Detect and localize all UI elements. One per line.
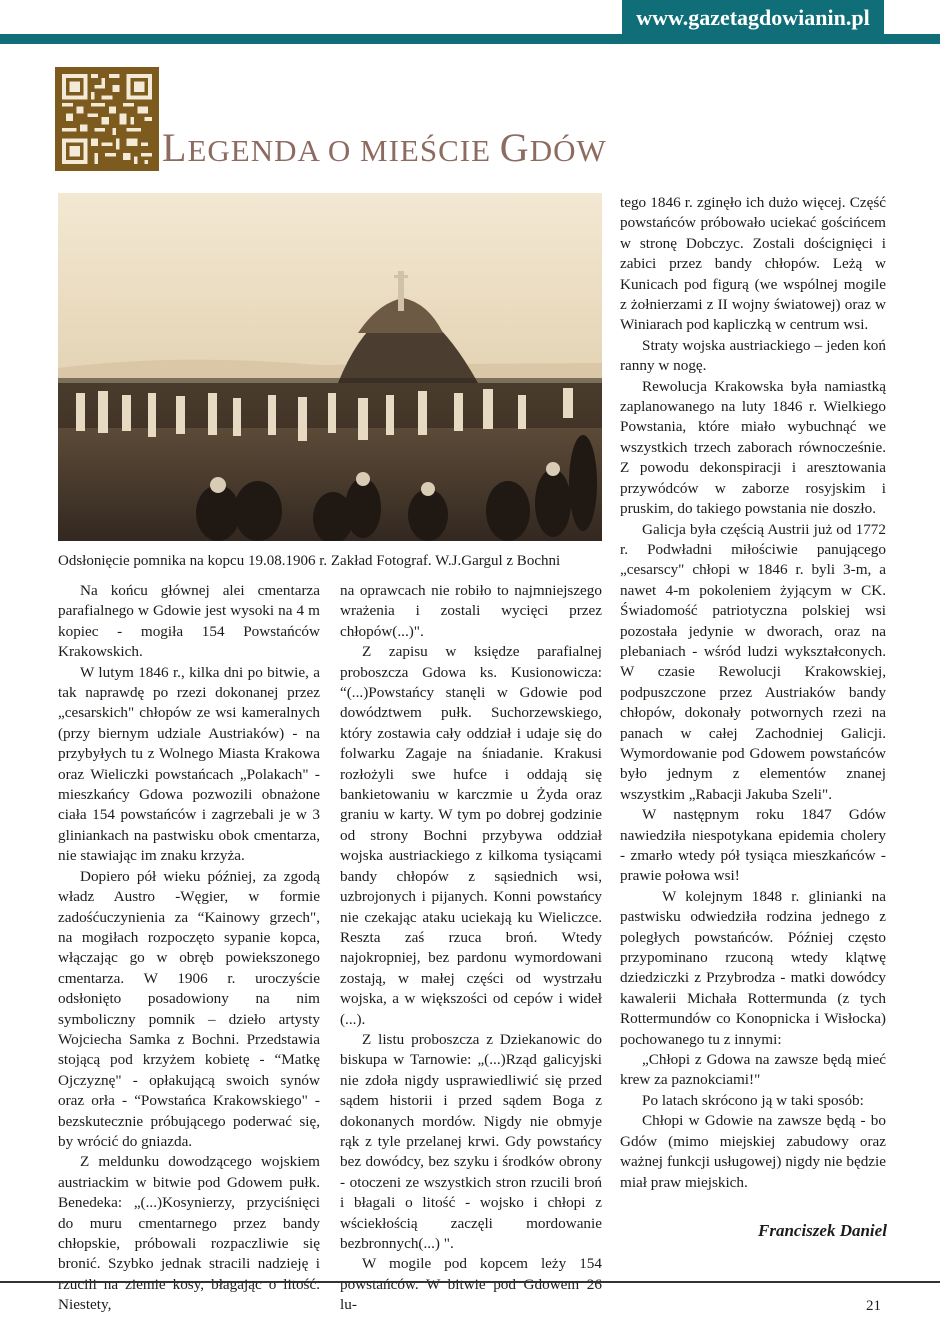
paragraph: Straty wojska austriackiego – jeden koń … xyxy=(620,336,886,377)
paragraph: Na końcu głównej alei cmentarza parafial… xyxy=(58,581,320,663)
paragraph: Galicja była częścią Austrii już od 1772… xyxy=(620,520,886,806)
historical-photo xyxy=(58,193,602,541)
paragraph: Rewolucja Krakowska była namiastką zapla… xyxy=(620,377,886,520)
paragraph: tego 1846 r. zginęło ich dużo więcej. Cz… xyxy=(620,193,886,336)
paragraph: Z listu proboszcza z Dziekanowic do bisk… xyxy=(340,1030,602,1254)
paragraph: Po latach skrócono ją w taki sposób: xyxy=(620,1091,886,1111)
paragraph: W lutym 1846 r., kilka dni po bitwie, a … xyxy=(58,663,320,867)
paragraph: W mogile pod kopcem leży 154 powstańców.… xyxy=(340,1254,602,1315)
footer-divider xyxy=(0,1281,940,1283)
header-accent-bar xyxy=(0,34,940,44)
article-column-1: Na końcu głównej alei cmentarza parafial… xyxy=(58,581,320,1316)
paragraph: W następnym roku 1847 Gdów nawiedziła ni… xyxy=(620,805,886,887)
paragraph: Z zapisu w księdze parafialnej proboszcz… xyxy=(340,642,602,1030)
qr-code-icon[interactable] xyxy=(55,67,159,171)
article-column-3: tego 1846 r. zginęło ich dużo więcej. Cz… xyxy=(620,193,886,1193)
article-title: LEGENDA O MIEŚCIE GDÓW xyxy=(162,124,607,171)
article-column-2: na oprawcach nie robiło to najmniejszego… xyxy=(340,581,602,1316)
paragraph: Z meldunku dowodzącego wojskiem austriac… xyxy=(58,1152,320,1315)
photo-caption: Odsłonięcie pomnika na kopcu 19.08.1906 … xyxy=(58,553,608,570)
page-number: 21 xyxy=(866,1298,881,1315)
paragraph: na oprawcach nie robiło to najmniejszego… xyxy=(340,581,602,642)
paragraph: Chłopi w Gdowie na zawsze będą - bo Gdów… xyxy=(620,1111,886,1193)
paragraph: Dopiero pół wieku później, za zgodą wład… xyxy=(58,867,320,1153)
author-signature: Franciszek Daniel xyxy=(758,1221,887,1241)
website-url: www.gazetagdowianin.pl xyxy=(636,5,869,30)
paragraph: W kolejnym 1848 r. glinianki na pastwisk… xyxy=(620,887,886,1050)
curse-quote: „Chłopi z Gdowa na zawsze będą mieć krew… xyxy=(620,1050,886,1091)
